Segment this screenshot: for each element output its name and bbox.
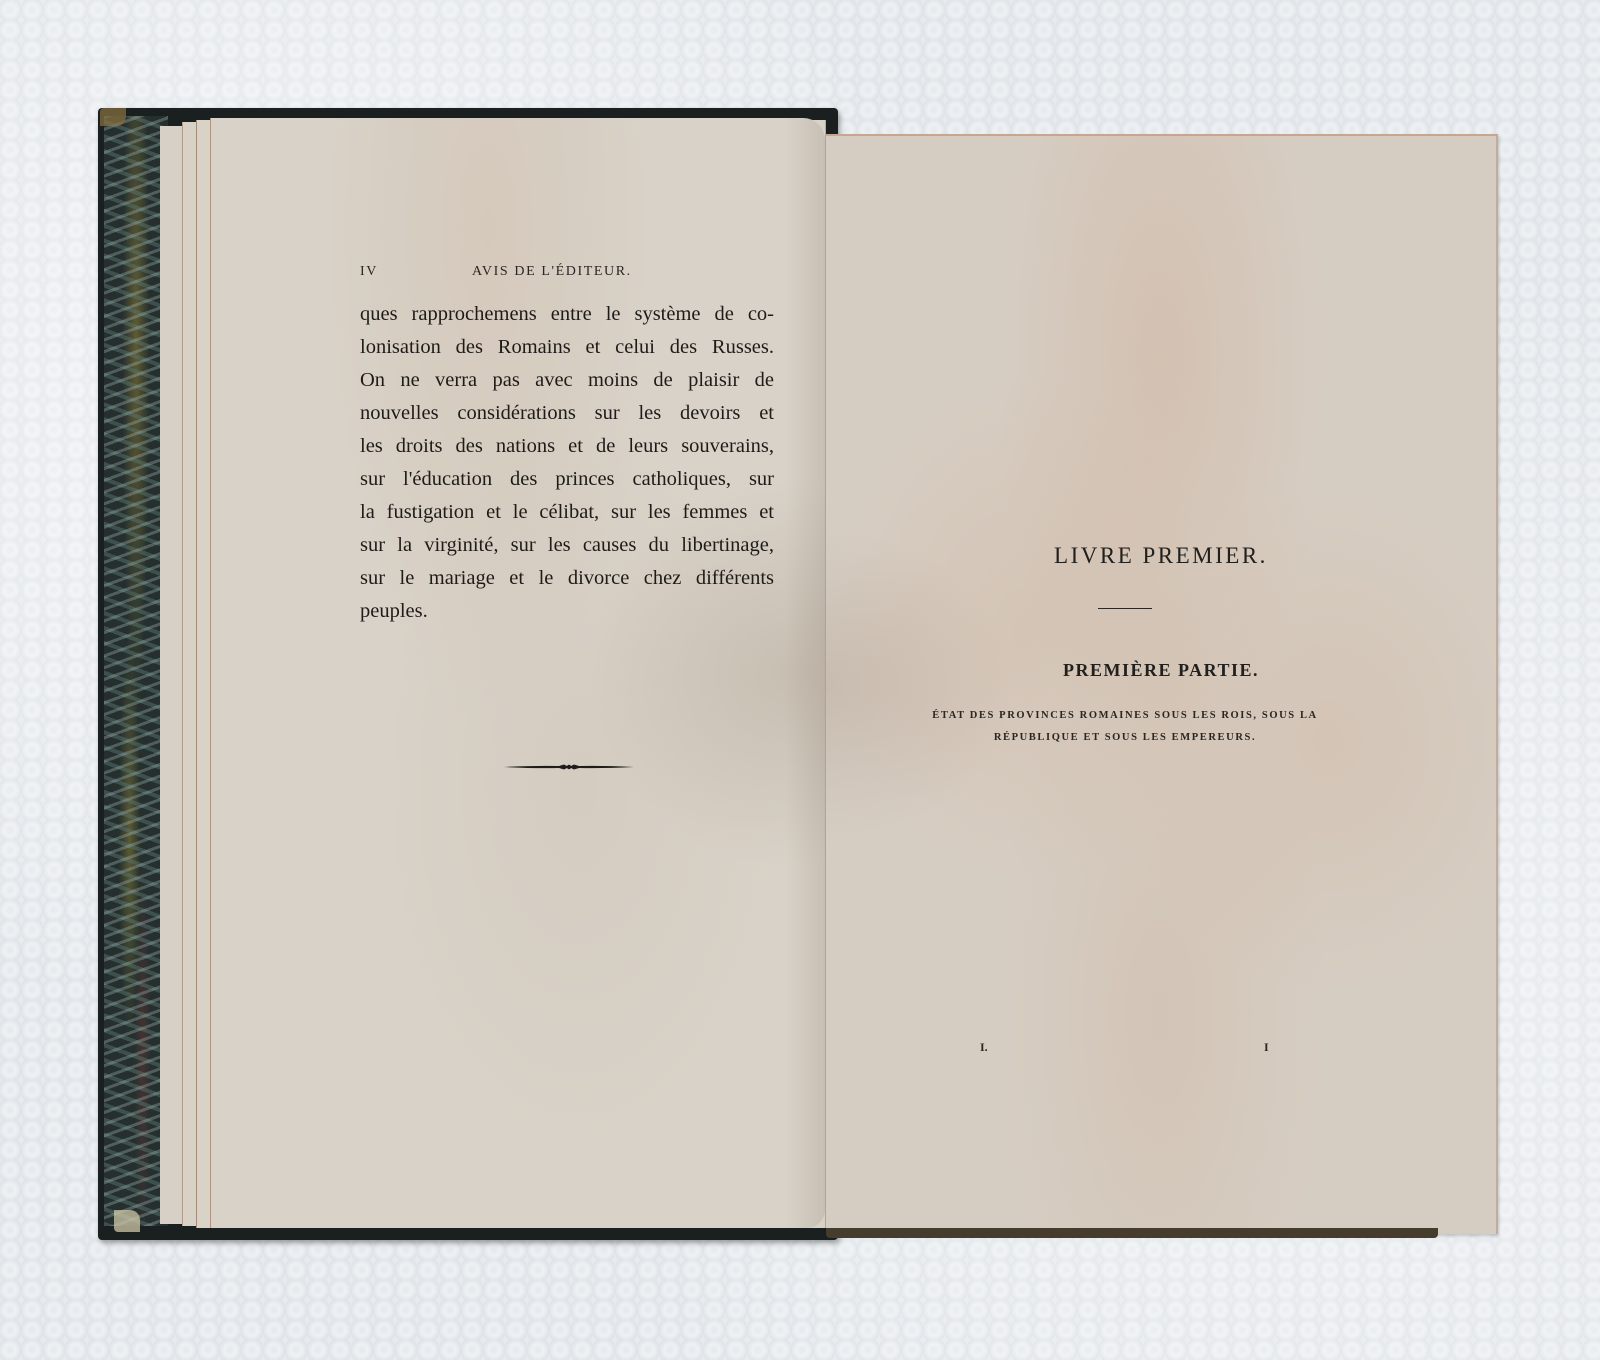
- subtitle-line: ÉTAT DES PROVINCES ROMAINES SOUS LES ROI…: [910, 705, 1340, 727]
- text-line: peuples.: [360, 595, 774, 628]
- signature-mark-gathering: I: [1264, 1040, 1269, 1055]
- part-subtitle: ÉTAT DES PROVINCES ROMAINES SOUS LES ROI…: [910, 705, 1340, 749]
- text-line: lonisation des Romains et celui des Russ…: [360, 331, 774, 364]
- tailpiece-ornament-icon: [504, 762, 634, 772]
- open-book: IV AVIS DE L'ÉDITEUR. ques rapprochemens…: [0, 0, 1600, 1360]
- cover-corner-wear-bottom: [114, 1210, 140, 1232]
- text-line: nouvelles considérations sur les devoirs…: [360, 397, 774, 430]
- body-text: ques rapprochemens entre le système de c…: [360, 298, 774, 628]
- text-line: sur le mariage et le divorce chez différ…: [360, 562, 774, 595]
- signature-mark-volume: I.: [980, 1040, 988, 1055]
- left-page: [210, 118, 825, 1228]
- text-line: On ne verra pas avec moins de plaisir de: [360, 364, 774, 397]
- text-line: sur l'éducation des princes catholiques,…: [360, 463, 774, 496]
- text-line: ques rapprochemens entre le système de c…: [360, 298, 774, 331]
- text-line: la fustigation et le célibat, sur les fe…: [360, 496, 774, 529]
- part-title: PREMIÈRE PARTIE.: [826, 660, 1496, 681]
- running-head-title: AVIS DE L'ÉDITEUR.: [472, 264, 632, 280]
- subtitle-line: RÉPUBLIQUE ET SOUS LES EMPEREURS.: [910, 727, 1340, 749]
- right-page-bottom-edge: [826, 1228, 1438, 1238]
- page-number: IV: [360, 264, 472, 280]
- running-head: IV AVIS DE L'ÉDITEUR.: [360, 264, 780, 280]
- marbled-endpaper: [104, 116, 168, 1226]
- text-line: les droits des nations et de leurs souve…: [360, 430, 774, 463]
- title-rule: [1098, 608, 1152, 609]
- text-line: sur la virginité, sur les causes du libe…: [360, 529, 774, 562]
- cover-corner-wear: [100, 108, 126, 126]
- right-page: [826, 134, 1498, 1234]
- book-title: LIVRE PREMIER.: [826, 543, 1496, 569]
